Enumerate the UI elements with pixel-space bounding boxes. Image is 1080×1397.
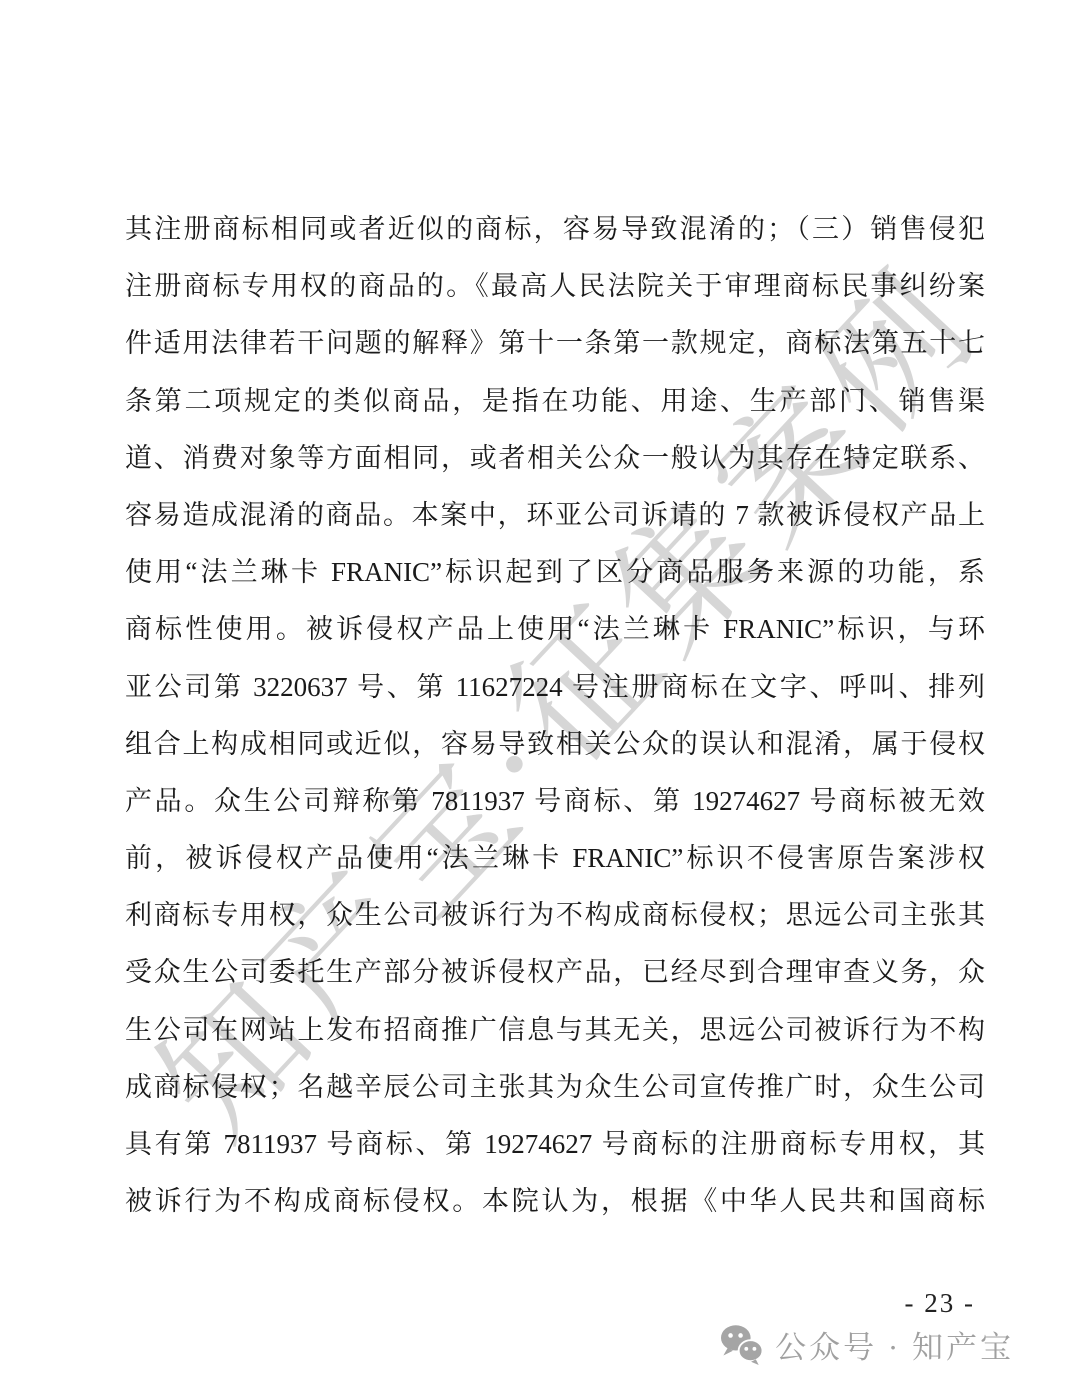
- text-line: 被诉行为不构成商标侵权。本院认为，根据《中华人民共和国商标: [125, 1173, 985, 1230]
- text-line: 道、消费对象等方面相同，或者相关公众一般认为其存在特定联系、: [125, 430, 985, 487]
- judgment-body-text: 其注册商标相同或者近似的商标，容易导致混淆的；（三）销售侵犯注册商标专用权的商品…: [125, 201, 985, 1230]
- text-line: 前，被诉侵权产品使用“法兰琳卡 FRANIC”标识不侵害原告案涉权: [125, 830, 985, 887]
- document-page: 知产宝·征集案例 其注册商标相同或者近似的商标，容易导致混淆的；（三）销售侵犯注…: [0, 0, 1080, 1397]
- footer-brand-text: 公众号 · 知产宝: [775, 1322, 1014, 1367]
- text-line: 亚公司第 3220637 号、第 11627224 号注册商标在文字、呼叫、排列: [125, 659, 985, 716]
- wechat-icon: [719, 1324, 765, 1366]
- text-line: 容易造成混淆的商品。本案中，环亚公司诉请的 7 款被诉侵权产品上: [125, 487, 985, 544]
- text-line: 件适用法律若干问题的解释》第十一条第一款规定，商标法第五十七: [125, 315, 985, 372]
- text-line: 利商标专用权，众生公司被诉行为不构成商标侵权；思远公司主张其: [125, 887, 985, 944]
- text-line: 条第二项规定的类似商品，是指在功能、用途、生产部门、销售渠: [125, 373, 985, 430]
- text-line: 成商标侵权；名越辛辰公司主张其为众生公司宣传推广时，众生公司: [125, 1059, 985, 1116]
- text-line: 注册商标专用权的商品的。《最高人民法院关于审理商标民事纠纷案: [125, 258, 985, 315]
- text-line: 受众生公司委托生产部分被诉侵权产品，已经尽到合理审查义务，众: [125, 944, 985, 1001]
- text-line: 其注册商标相同或者近似的商标，容易导致混淆的；（三）销售侵犯: [125, 201, 985, 258]
- text-line: 组合上构成相同或近似，容易导致相关公众的误认和混淆，属于侵权: [125, 716, 985, 773]
- text-line: 商标性使用。被诉侵权产品上使用“法兰琳卡 FRANIC”标识，与环: [125, 601, 985, 658]
- text-line: 生公司在网站上发布招商推广信息与其无关，思远公司被诉行为不构: [125, 1002, 985, 1059]
- footer-brand: 公众号 · 知产宝: [719, 1322, 1014, 1367]
- text-line: 使用“法兰琳卡 FRANIC”标识起到了区分商品服务来源的功能，系: [125, 544, 985, 601]
- page-number: - 23 -: [905, 1288, 975, 1319]
- text-line: 具有第 7811937 号商标、第 19274627 号商标的注册商标专用权，其: [125, 1116, 985, 1173]
- text-line: 产品。众生公司辩称第 7811937 号商标、第 19274627 号商标被无效: [125, 773, 985, 830]
